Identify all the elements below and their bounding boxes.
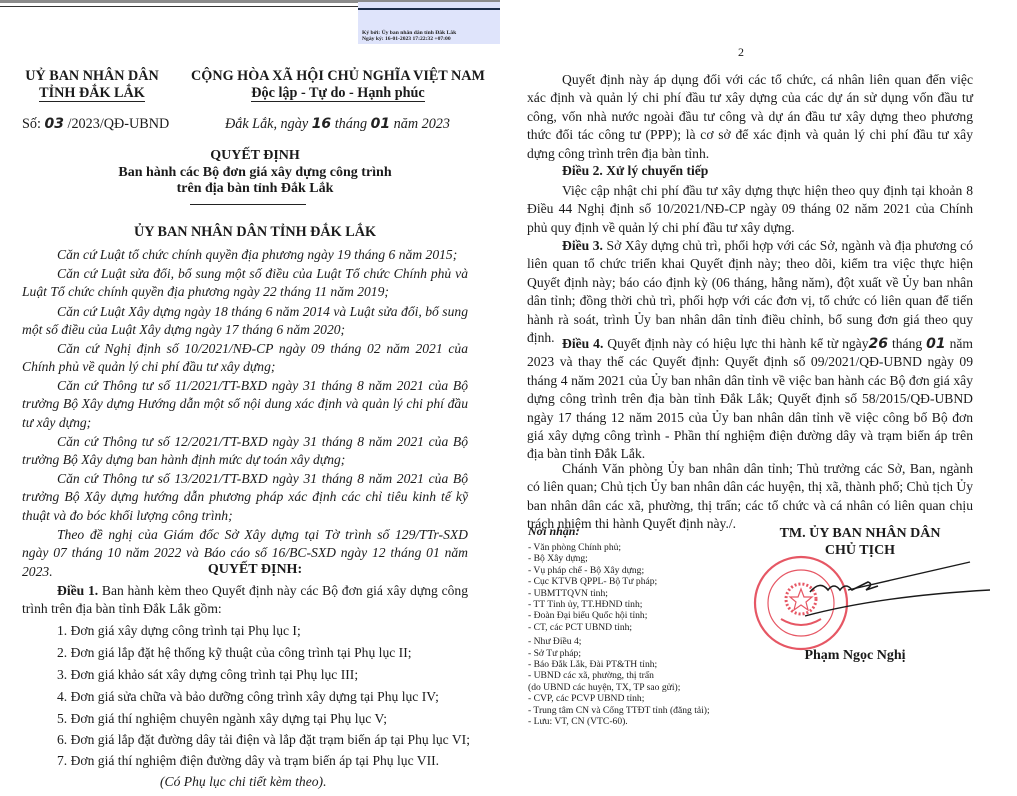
list-item: 4. Đơn giá sửa chữa và bảo dưỡng công tr…: [57, 688, 439, 706]
enforcement-paragraph: Chánh Văn phòng Ủy ban nhân dân tỉnh; Th…: [527, 460, 973, 534]
national-motto: CỘNG HÒA XÃ HỘI CHỦ NGHĨA VIỆT NAM Độc l…: [188, 68, 488, 102]
preamble-item: Căn cứ Thông tư số 12/2021/TT-BXD ngày 3…: [22, 433, 468, 470]
divider: [190, 204, 306, 205]
recipients-list: - Văn phòng Chính phủ;- Bộ Xây dựng;- Vụ…: [528, 542, 710, 728]
issue-date: Đắk Lắk, ngày 16 tháng 01 năm 2023: [225, 116, 450, 133]
handwritten-number: 03: [44, 116, 63, 132]
recipient-item: - Bộ Xây dựng;: [528, 553, 710, 564]
article-3: Điều 3. Sở Xây dựng chủ trì, phối hợp vớ…: [527, 237, 973, 347]
title-type: QUYẾT ĐỊNH: [100, 148, 410, 165]
recipients-heading: Nơi nhận:: [528, 524, 579, 539]
motto: Độc lập - Tự do - Hạnh phúc: [251, 85, 424, 102]
recipient-item: - Cục KTVB QPPL- Bộ Tư pháp;: [528, 576, 710, 587]
on-behalf: TM. ỦY BAN NHÂN DÂN: [760, 526, 960, 543]
list-item: 1. Đơn giá xây dựng công trình tại Phụ l…: [57, 622, 301, 640]
appendix-note: (Có Phụ lục chi tiết kèm theo).: [160, 774, 326, 790]
list-item: 2. Đơn giá lắp đặt hệ thống kỹ thuật của…: [57, 644, 412, 662]
signer-name: Phạm Ngọc Nghị: [770, 648, 940, 664]
issuer-heading: ỦY BAN NHÂN DÂN TỈNH ĐẮK LẮK: [60, 224, 450, 241]
article-2-heading: Điều 2. Xử lý chuyển tiếp: [562, 163, 708, 179]
recipient-item: - Sở Tư pháp;: [528, 648, 710, 659]
preamble-item: Căn cứ Nghị định số 10/2021/NĐ-CP ngày 0…: [22, 340, 468, 377]
recipient-item: - CVP, các PCVP UBND tỉnh;: [528, 693, 710, 704]
list-item: 3. Đơn giá khảo sát xây dựng công trình …: [57, 666, 358, 684]
handwritten-day: 26: [869, 336, 888, 352]
preamble-item: Căn cứ Thông tư số 13/2021/TT-BXD ngày 3…: [22, 470, 468, 525]
scope-paragraph: Quyết định này áp dụng đối với các tổ ch…: [527, 71, 973, 163]
handwritten-signature-icon: [800, 560, 1000, 630]
signed-at: Ngày ký: 16-01-2023 17:22:32 +07:00: [362, 36, 456, 42]
recipient-item: - Lưu: VT, CN (VTC-60).: [528, 716, 710, 727]
list-item: 6. Đơn giá lắp đặt đường dây tải điện và…: [57, 731, 470, 749]
document-title: QUYẾT ĐỊNH Ban hành các Bộ đơn giá xây d…: [100, 148, 410, 198]
list-item: 5. Đơn giá thí nghiệm chuyên ngành xây d…: [57, 710, 387, 728]
title-line1: Ban hành các Bộ đơn giá xây dựng công tr…: [100, 165, 410, 182]
recipient-item: (do UBND các huyện, TX, TP sao gửi);: [528, 682, 710, 693]
divider: [358, 8, 500, 10]
decision-heading: QUYẾT ĐỊNH:: [140, 562, 370, 578]
org-line2: TỈNH ĐẮK LẮK: [39, 85, 145, 102]
handwritten-month: 01: [371, 116, 390, 132]
divider: [0, 6, 360, 7]
org-line1: UỶ BAN NHÂN DÂN: [22, 68, 162, 85]
recipient-item: - Trung tâm CN và Cổng TTĐT tỉnh (đăng t…: [528, 705, 710, 716]
title-line2: trên địa bàn tỉnh Đắk Lắk: [100, 181, 410, 198]
preamble-item: Căn cứ Thông tư số 11/2021/TT-BXD ngày 3…: [22, 377, 468, 432]
document-number: Số: 03 /2023/QĐ-UBND: [22, 116, 169, 133]
recipient-item: - Vụ pháp chế - Bộ Xây dựng;: [528, 565, 710, 576]
recipient-item: - UBND các xã, phường, thị trấn: [528, 670, 710, 681]
recipient-item: - Văn phòng Chính phủ;: [528, 542, 710, 553]
article-2: Việc cập nhật chi phí đầu tư xây dựng th…: [527, 182, 973, 237]
recipient-item: - Báo Đắk Lắk, Đài PT&TH tỉnh;: [528, 659, 710, 670]
recipient-item: - TT Tỉnh ủy, TT.HĐND tỉnh;: [528, 599, 710, 610]
nation-name: CỘNG HÒA XÃ HỘI CHỦ NGHĨA VIỆT NAM: [188, 68, 488, 85]
list-item: 7. Đơn giá thí nghiệm điện đường dây và …: [57, 752, 439, 770]
article-4: Điều 4. Quyết định này có hiệu lực thi h…: [527, 335, 973, 464]
recipient-item: - CT, các PCT UBND tỉnh;: [528, 622, 710, 633]
preamble-item: Căn cứ Luật Xây dựng ngày 18 tháng 6 năm…: [22, 303, 468, 340]
preamble-item: Căn cứ Luật sửa đổi, bổ sung một số điều…: [22, 265, 468, 302]
issuing-authority: UỶ BAN NHÂN DÂN TỈNH ĐẮK LẮK: [22, 68, 162, 102]
preamble-item: Căn cứ Luật tổ chức chính quyền địa phươ…: [22, 246, 468, 264]
recipient-item: - Đoàn Đại biểu Quốc hội tỉnh;: [528, 610, 710, 621]
recipient-item: - UBMTTQVN tỉnh;: [528, 588, 710, 599]
handwritten-day: 16: [312, 116, 331, 132]
recipient-item: - Như Điều 4;: [528, 636, 710, 647]
document-page-1: Ký bởi: Ủy ban nhân dân tỉnh Đắk Lắk Ngà…: [0, 0, 510, 796]
digital-signature-box: Ký bởi: Ủy ban nhân dân tỉnh Đắk Lắk Ngà…: [358, 2, 500, 44]
article-1: Điều 1. Ban hành kèm theo Quyết định này…: [22, 582, 468, 619]
page-number: 2: [738, 45, 744, 60]
handwritten-month: 01: [926, 336, 945, 352]
